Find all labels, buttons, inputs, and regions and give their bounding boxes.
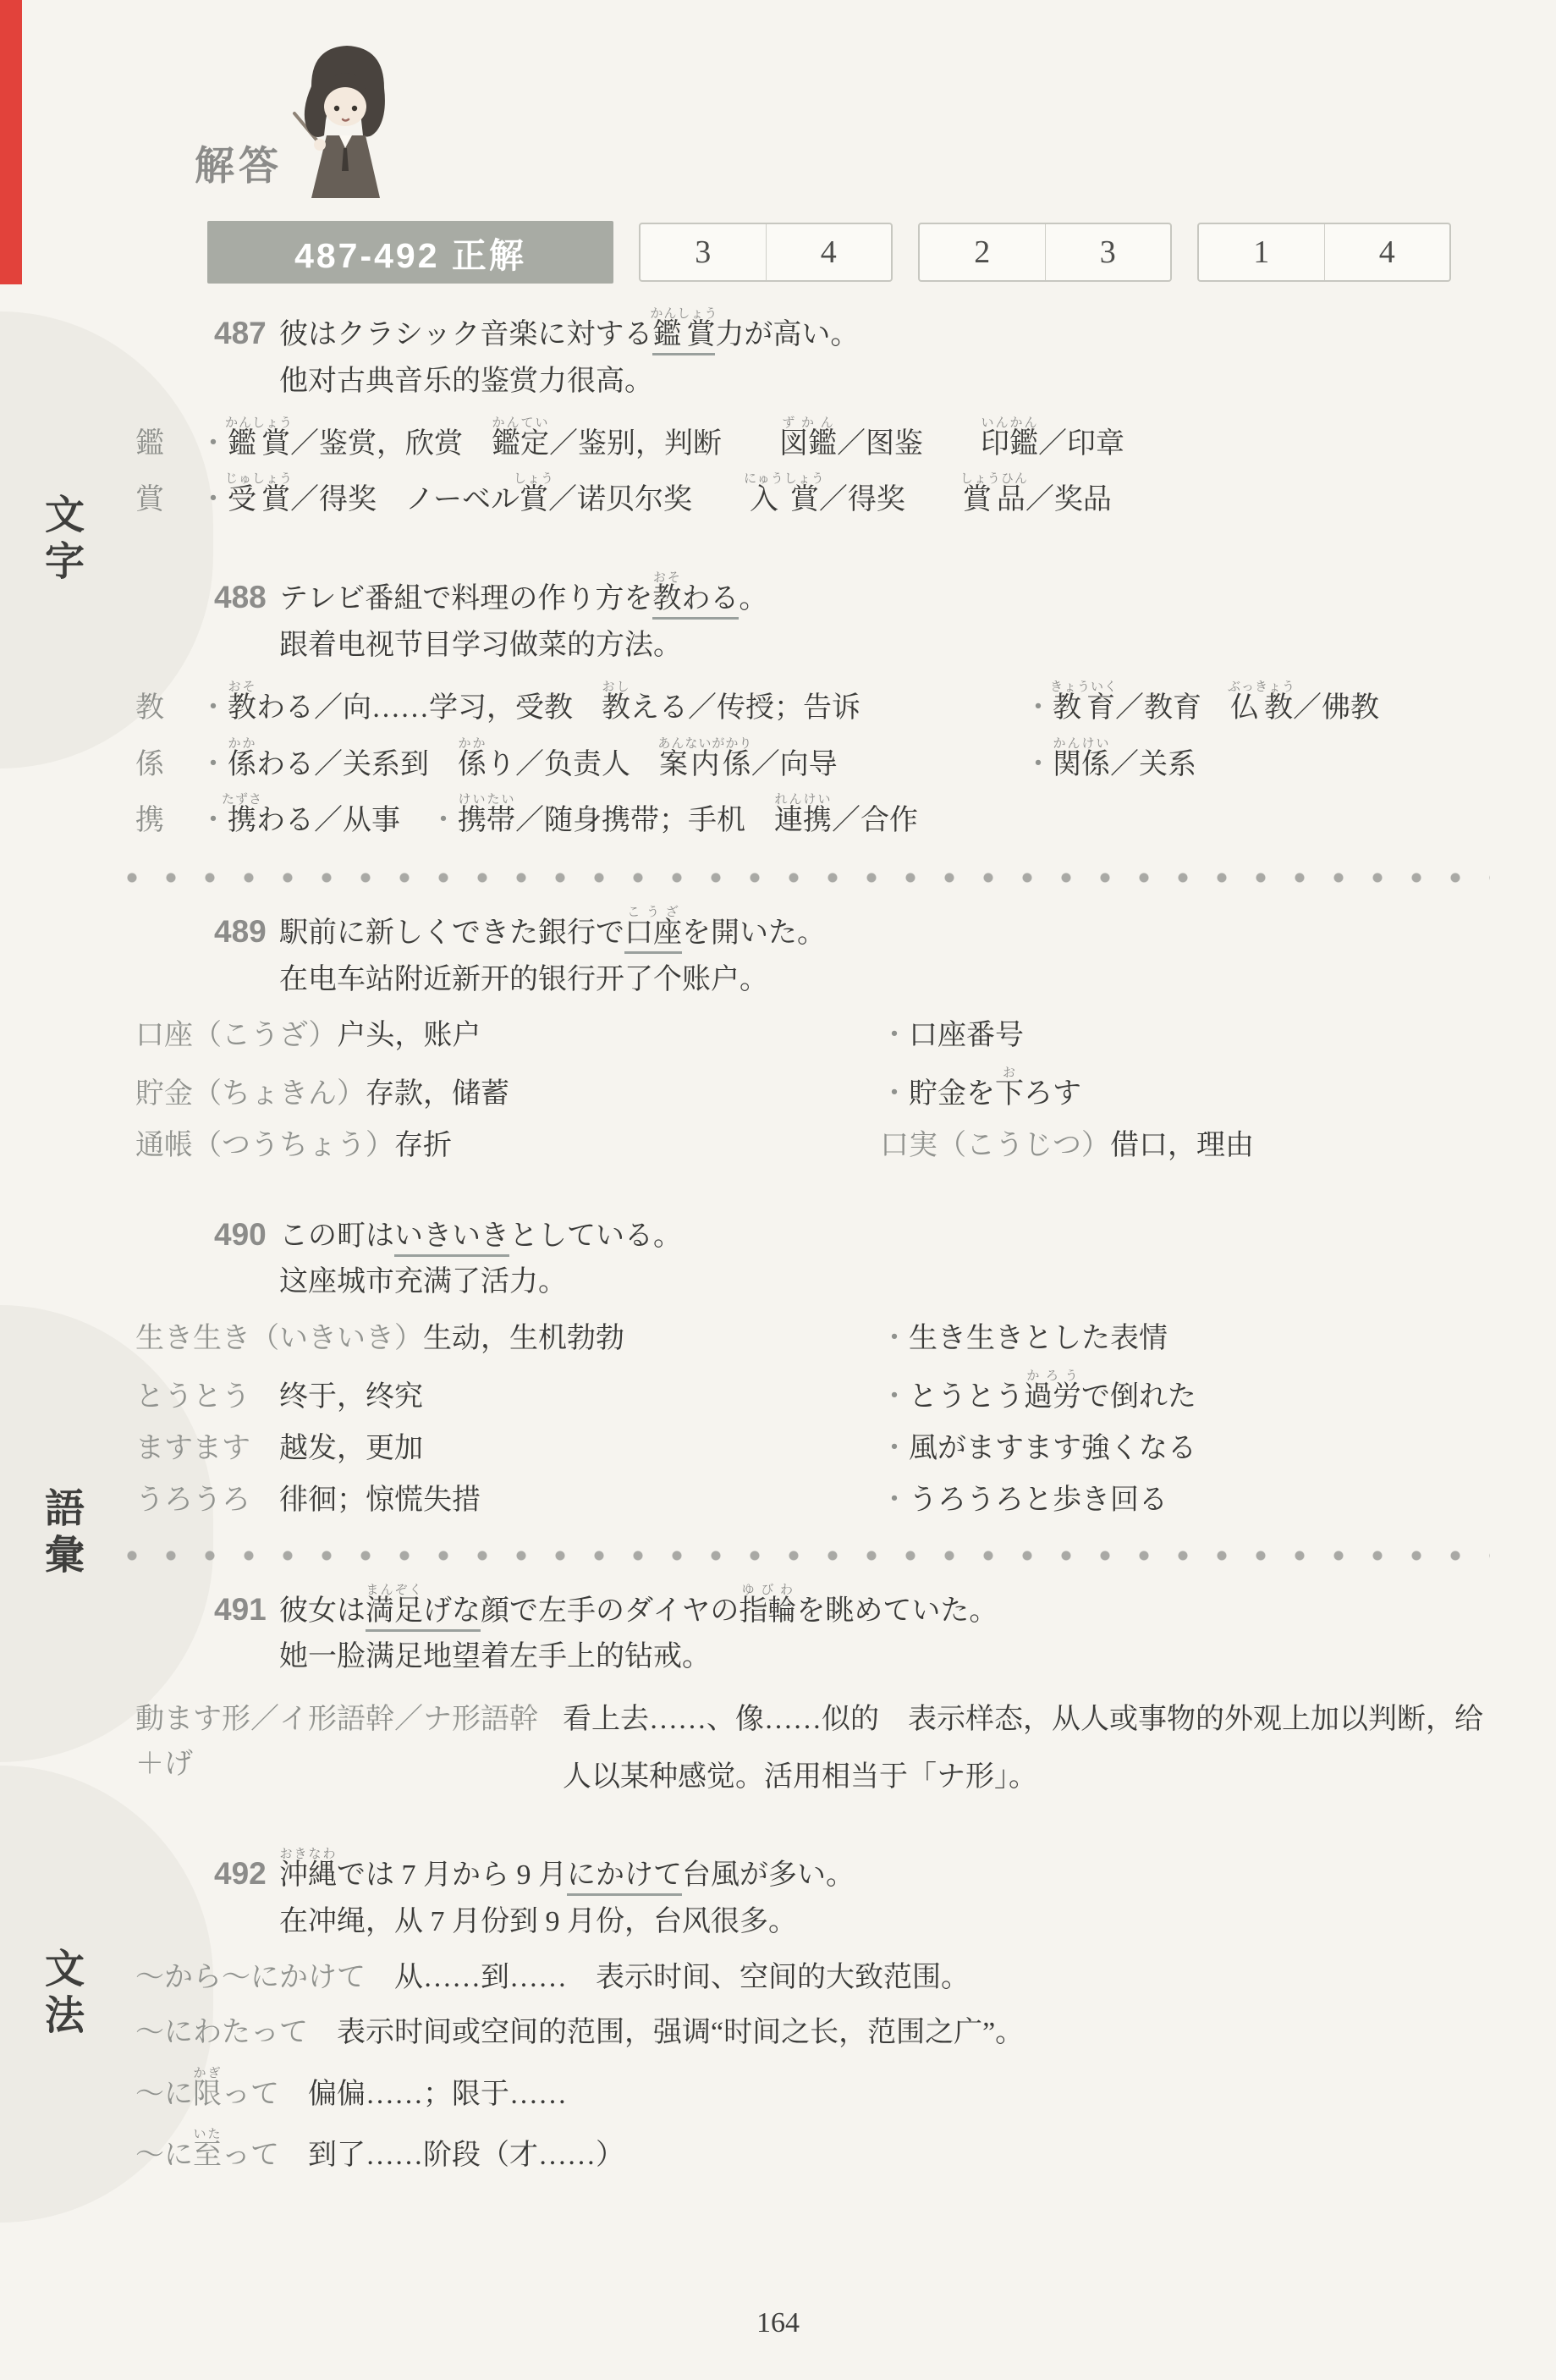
vocab-pair-urouro: うろうろ 徘徊；惊慌失措 ・うろうろと歩き回る: [135, 1479, 1505, 1522]
grammar-line-karanikakete: ～から～にかけて 从……到…… 表示时间、空间的大致范围。: [135, 1956, 1505, 2001]
grammar-pattern-label: 動ます形／イ形語幹／ナ形語幹＋げ: [135, 1698, 563, 1787]
answer-cell-489: 2: [920, 224, 1045, 280]
grammar-pattern-explanation: 看上去……、像……似的 表示样态，从人或事物的外观上加以判断，给人以某种感觉。活…: [563, 1691, 1505, 1806]
vocab-row-kan: 鑑 ・鑑賞かんしょう／鉴赏，欣赏 鑑定かんてい／鉴别，判断 図鑑ずかん／图鉴 印…: [135, 416, 1505, 467]
answer-group-3: 1 4: [1197, 223, 1451, 282]
vocab-line: ・受賞じゅしょう／得奖 ノーベル賞しょう／诺贝尔奖 入賞にゅうしょう／得奖 賞品…: [199, 471, 1505, 523]
vocab-pair-left: とうとう 终于，终究: [135, 1375, 880, 1419]
answer-cell-487: 3: [641, 224, 766, 280]
cn-translation: 她一脸满足地望着左手上的钻戒。: [279, 1636, 1505, 1678]
grammar-line-nikagitte: ～に限かぎって 偏偏……；限于……: [135, 2066, 1505, 2118]
section-490: 490 この町はいきいきとしている。 这座城市充满了活力。 生き生き（いきいき）…: [127, 1211, 1505, 1522]
section-487: 487 彼はクラシック音楽に対する鑑賞かんしょう力が高い。 他对古典音乐的鉴赏力…: [127, 306, 1505, 523]
answer-group-1: 3 4: [639, 223, 893, 282]
question-489-sentence-jp: 489 駅前に新しくできた銀行で口座こうざを開いた。: [127, 905, 1505, 956]
vocab-pair-ikiiki: 生き生き（いきいき）生动，生机勃勃 ・生き生きとした表情: [135, 1317, 1505, 1360]
jp-sentence: テレビ番組で料理の作り方を教おそわる。: [279, 570, 767, 620]
vocab-line: ・携たずさわる／从事 ・携帯けいたい／随身携带；手机 連携れんけい／合作: [199, 792, 1505, 844]
answer-cell-492: 4: [1324, 224, 1450, 280]
vocab-pair-chokin: 貯金（ちょきん）存款，储蓄 ・貯金を下おろす: [135, 1066, 1505, 1116]
vocab-pair-right: ・風がますます強くなる: [880, 1427, 1505, 1470]
cn-translation: 这座城市充满了活力。: [279, 1261, 1505, 1303]
vocab-line-left: ・係かかわる／关系到 係かかり／负责人 案内係あんないがかり／向导: [199, 736, 1024, 788]
answer-cell-491: 1: [1199, 224, 1324, 280]
answer-group-2: 2 3: [918, 223, 1172, 282]
vocab-pair-left: 通帳（つうちょう）存折: [135, 1124, 880, 1167]
jp-sentence: 彼女は満足まんぞくげな顔で左手のダイヤの指輪ゆびわを眺めていた。: [279, 1583, 998, 1633]
cn-translation: 在冲绳，从 7 月份到 9 月份，台风很多。: [279, 1901, 1505, 1942]
jp-sentence: 駅前に新しくできた銀行で口座こうざを開いた。: [279, 905, 826, 955]
textbook-answer-page: 文字 語彙 文法 解答 487-492 正解: [0, 0, 1556, 2380]
vocab-line: ・鑑賞かんしょう／鉴赏，欣赏 鑑定かんてい／鉴别，判断 図鑑ずかん／图鉴 印鑑い…: [199, 416, 1505, 467]
vocab-pair-masumasu: ますます 越发，更加 ・風がますます強くなる: [135, 1427, 1505, 1470]
vocab-line-left: ・教おそわる／向……学习，受教 教おしえる／传授；告诉: [199, 680, 1024, 731]
section-489: 489 駅前に新しくできた銀行で口座こうざを開いた。 在电车站附近新开的银行开了…: [127, 905, 1505, 1167]
answer-cell-488: 4: [766, 224, 892, 280]
question-491-sentence-jp: 491 彼女は満足まんぞくげな顔で左手のダイヤの指輪ゆびわを眺めていた。: [127, 1583, 1505, 1633]
vocab-pair-left: 生き生き（いきいき）生动，生机勃勃: [135, 1317, 880, 1360]
vocab-pair-right: 口実（こうじつ）借口，理由: [880, 1124, 1505, 1167]
vocab-pair-left: うろうろ 徘徊；惊慌失措: [135, 1479, 880, 1522]
grammar-pattern-ge: 動ます形／イ形語幹／ナ形語幹＋げ 看上去……、像……似的 表示样态，从人或事物的…: [135, 1691, 1505, 1806]
vocab-pair-left: ますます 越发，更加: [135, 1427, 880, 1470]
vocab-pair-right: ・口座番号: [880, 1014, 1505, 1057]
section-492: 492 沖縄おきなわでは 7 月から 9 月にかけて台風が多い。 在冲绳，从 7…: [127, 1847, 1505, 2179]
vocab-pair-right: ・生き生きとした表情: [880, 1317, 1505, 1360]
answer-cell-490: 3: [1045, 224, 1171, 280]
vocab-kanji: 教: [135, 686, 199, 731]
question-number: 490: [214, 1211, 279, 1259]
question-number: 489: [214, 908, 279, 956]
vocab-pair-right: ・うろうろと歩き回る: [880, 1479, 1505, 1522]
cn-translation: 跟着电视节目学习做菜的方法。: [279, 625, 1505, 666]
answers-heading: 解答: [195, 135, 283, 191]
vocab-row-oshieru: 教 ・教おそわる／向……学习，受教 教おしえる／传授；告诉 ・教育きょういく／教…: [135, 680, 1505, 731]
question-490-sentence-jp: 490 この町はいきいきとしている。: [127, 1211, 1505, 1259]
vocab-row-kakari: 係 ・係かかわる／关系到 係かかり／负责人 案内係あんないがかり／向导 ・関係か…: [135, 736, 1505, 788]
vocab-pair-left: 口座（こうざ）户头，账户: [135, 1014, 880, 1057]
page-number: 164: [0, 2307, 1556, 2339]
question-488-sentence-jp: 488 テレビ番組で料理の作り方を教おそわる。: [127, 570, 1505, 621]
question-492-sentence-jp: 492 沖縄おきなわでは 7 月から 9 月にかけて台風が多い。: [127, 1847, 1505, 1898]
vocab-line-right: ・教育きょういく／教育 仏教ぶっきょう／佛教: [1024, 680, 1505, 731]
jp-sentence: 彼はクラシック音楽に対する鑑賞かんしょう力が高い。: [279, 306, 859, 356]
vocab-kanji: 鑑: [135, 422, 199, 467]
section-491: 491 彼女は満足まんぞくげな顔で左手のダイヤの指輪ゆびわを眺めていた。 她一脸…: [127, 1583, 1505, 1807]
question-number: 487: [214, 310, 279, 357]
dotted-divider: [127, 1551, 1490, 1561]
vocab-kanji: 賞: [135, 478, 199, 523]
vocab-row-sho: 賞 ・受賞じゅしょう／得奖 ノーベル賞しょう／诺贝尔奖 入賞にゅうしょう／得奖 …: [135, 471, 1505, 523]
vocab-pair-left: 貯金（ちょきん）存款，储蓄: [135, 1072, 880, 1116]
answer-banner: 487-492 正解 3 4 2 3 1 4: [207, 220, 1505, 284]
vocab-pair-right: ・とうとう過労かろうで倒れた: [880, 1369, 1505, 1419]
vocab-row-tazusawaru: 携 ・携たずさわる／从事 ・携帯けいたい／随身携带；手机 連携れんけい／合作: [135, 792, 1505, 844]
jp-sentence: この町はいきいきとしている。: [279, 1215, 682, 1258]
dotted-divider: [127, 873, 1490, 883]
jp-sentence: 沖縄おきなわでは 7 月から 9 月にかけて台風が多い。: [279, 1847, 855, 1897]
page-header: 解答: [127, 0, 1505, 203]
vocab-line-right: ・関係かんけい／关系: [1024, 736, 1505, 788]
question-number: 488: [214, 574, 279, 621]
question-487-sentence-jp: 487 彼はクラシック音楽に対する鑑賞かんしょう力が高い。: [127, 306, 1505, 357]
vocab-pair-toutou: とうとう 终于，终究 ・とうとう過労かろうで倒れた: [135, 1369, 1505, 1419]
vocab-pair-koza: 口座（こうざ）户头，账户 ・口座番号: [135, 1014, 1505, 1057]
vocab-kanji: 係: [135, 743, 199, 788]
teacher-girl-illustration: [291, 36, 403, 203]
grammar-line-niitatte: ～に至いたって 到了……阶段（才……）: [135, 2127, 1505, 2179]
vocab-pair-right: ・貯金を下おろす: [880, 1066, 1505, 1116]
section-488: 488 テレビ番組で料理の作り方を教おそわる。 跟着电视节目学习做菜的方法。 教…: [127, 570, 1505, 844]
vocab-kanji: 携: [135, 799, 199, 844]
cn-translation: 在电车站附近新开的银行开了个账户。: [279, 959, 1505, 1000]
question-number: 491: [214, 1586, 279, 1633]
answer-banner-label: 487-492 正解: [207, 221, 613, 284]
grammar-line-niwatatte: ～にわたって 表示时间或空间的范围，强调“时间之长，范围之广”。: [135, 2011, 1505, 2056]
question-number: 492: [214, 1850, 279, 1898]
vocab-pair-tsucho: 通帳（つうちょう）存折 口実（こうじつ）借口，理由: [135, 1124, 1505, 1167]
cn-translation: 他对古典音乐的鉴赏力很高。: [279, 361, 1505, 402]
